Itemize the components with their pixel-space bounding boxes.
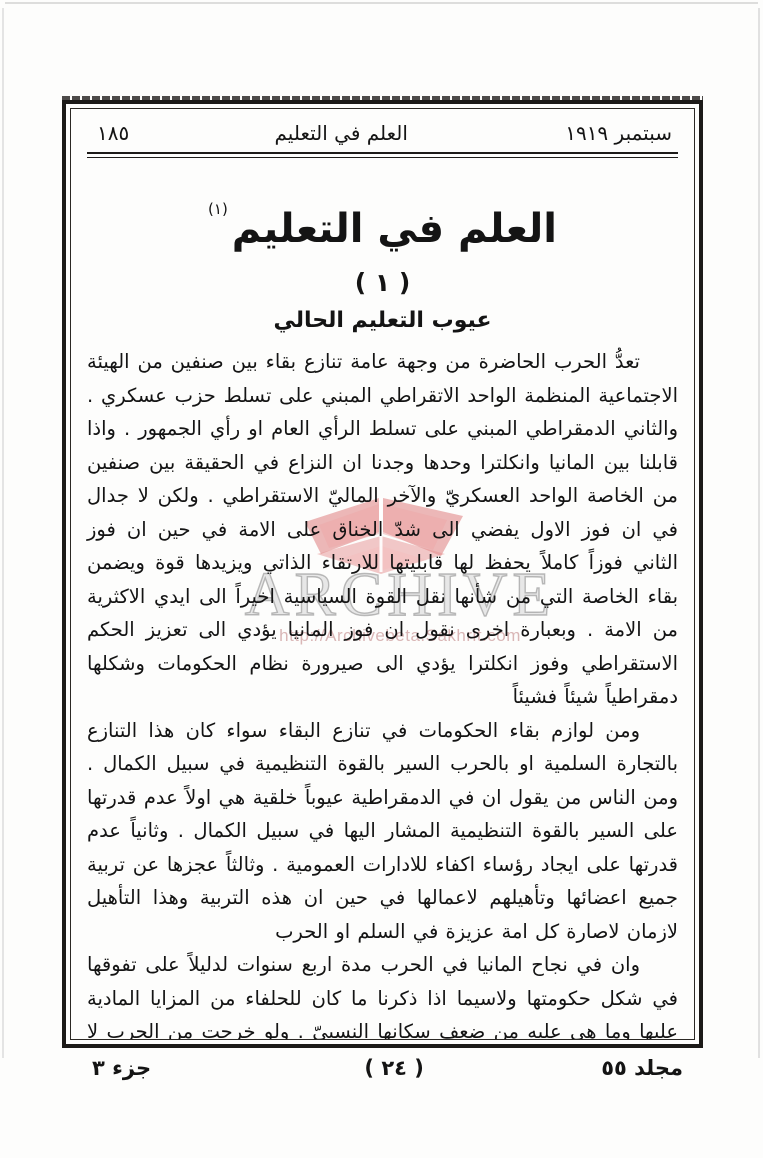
title-footnote-marker: (١) bbox=[208, 200, 228, 218]
header-page-number: ١٨٥ bbox=[97, 121, 129, 145]
body-paragraph-1: تعدُّ الحرب الحاضرة من وجهة عامة تنازع ب… bbox=[87, 345, 678, 714]
running-header: سبتمبر ١٩١٩ العلم في التعليم ١٨٥ bbox=[87, 117, 678, 145]
article-body: تعدُّ الحرب الحاضرة من وجهة عامة تنازع ب… bbox=[87, 345, 678, 1040]
header-running-title: العلم في التعليم bbox=[274, 121, 407, 145]
page-footer: مجلد ٥٥ ( ٢٤ ) جزء ٣ bbox=[62, 1056, 703, 1080]
body-paragraph-2: ومن لوازم بقاء الحكومات في تنازع البقاء … bbox=[87, 714, 678, 949]
page-content: سبتمبر ١٩١٩ العلم في التعليم ١٨٥ العلم ف… bbox=[70, 108, 695, 1040]
scan-edge-top bbox=[5, 2, 758, 4]
article-title-text: العلم في التعليم bbox=[232, 206, 557, 252]
article-title: العلم في التعليم(١) bbox=[87, 184, 678, 254]
scan-edge-left bbox=[2, 8, 4, 1058]
scan-edge-right bbox=[758, 8, 760, 1058]
section-subtitle: عيوب التعليم الحالي bbox=[87, 307, 678, 335]
footer-part: جزء ٣ bbox=[92, 1056, 151, 1080]
header-rule bbox=[87, 152, 678, 158]
body-paragraph-3: وان في نجاح المانيا في الحرب مدة اربع سن… bbox=[87, 948, 678, 1040]
header-issue-date: سبتمبر ١٩١٩ bbox=[565, 121, 672, 145]
page-border-frame: سبتمبر ١٩١٩ العلم في التعليم ١٨٥ العلم ف… bbox=[62, 100, 703, 1048]
footer-volume: مجلد ٥٥ bbox=[601, 1056, 683, 1080]
footer-center-page-number: ( ٢٤ ) bbox=[364, 1056, 423, 1080]
section-number: ( ١ ) bbox=[87, 268, 678, 298]
